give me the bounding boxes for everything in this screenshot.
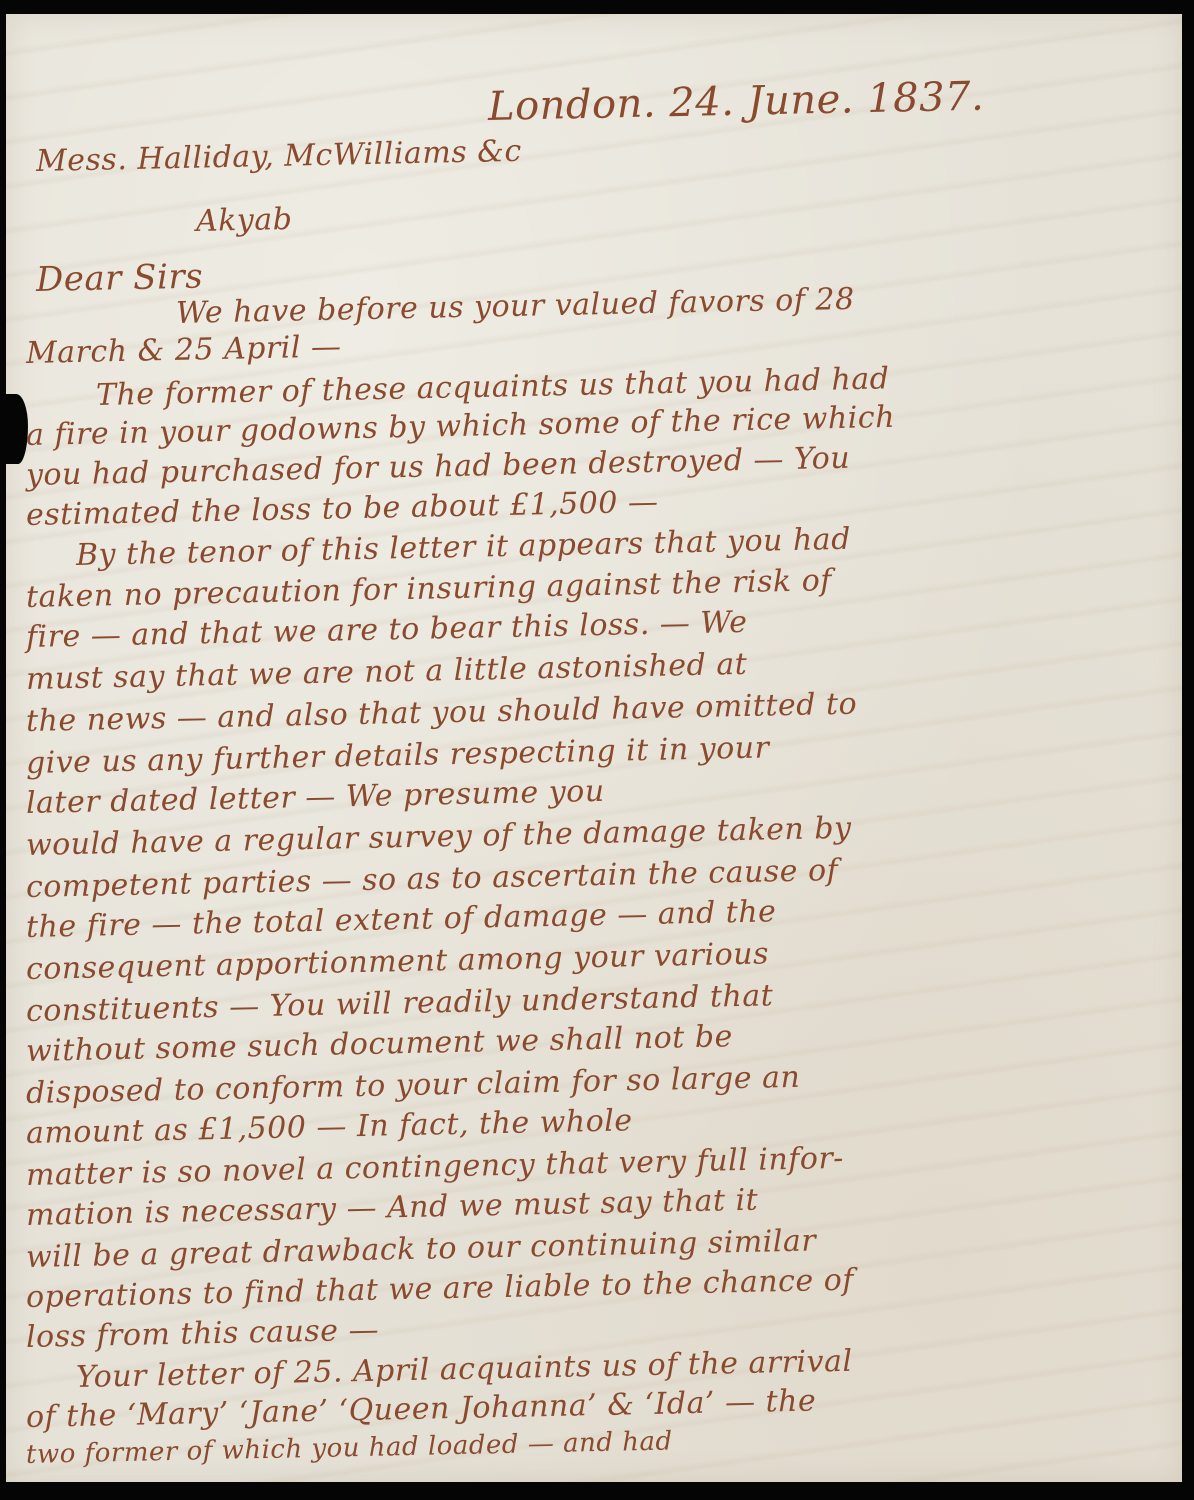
body-line: estimated the loss to be about £1,500 — (26, 485, 659, 533)
body-line: give us any further details respecting i… (26, 730, 770, 781)
body-line: later dated letter — We presume you (26, 774, 605, 821)
body-line: must say that we are not a little astoni… (26, 647, 748, 697)
letter-paper: London. 24. June. 1837. Mess. Halliday, … (6, 14, 1182, 1482)
body-line: We have before us your valued favors of … (176, 282, 855, 331)
paper-tear (6, 394, 28, 464)
body-line: March & 25 April — (26, 329, 342, 371)
body-line: loss from this cause — (26, 1313, 380, 1355)
body-line: amount as £1,500 — In fact, the whole (26, 1103, 633, 1151)
letter-salutation: Dear Sirs (36, 257, 204, 300)
addressee-line-1: Mess. Halliday, McWilliams &c (36, 134, 522, 179)
letter-dateline: London. 24. June. 1837. (488, 74, 985, 130)
body-line: consequent apportionment among your vari… (26, 936, 770, 987)
body-line: disposed to conform to your claim for so… (26, 1060, 801, 1111)
document-scan: London. 24. June. 1837. Mess. Halliday, … (0, 0, 1194, 1500)
addressee-line-2: Akyab (196, 202, 293, 239)
body-line: two former of which you had loaded — and… (26, 1426, 673, 1470)
